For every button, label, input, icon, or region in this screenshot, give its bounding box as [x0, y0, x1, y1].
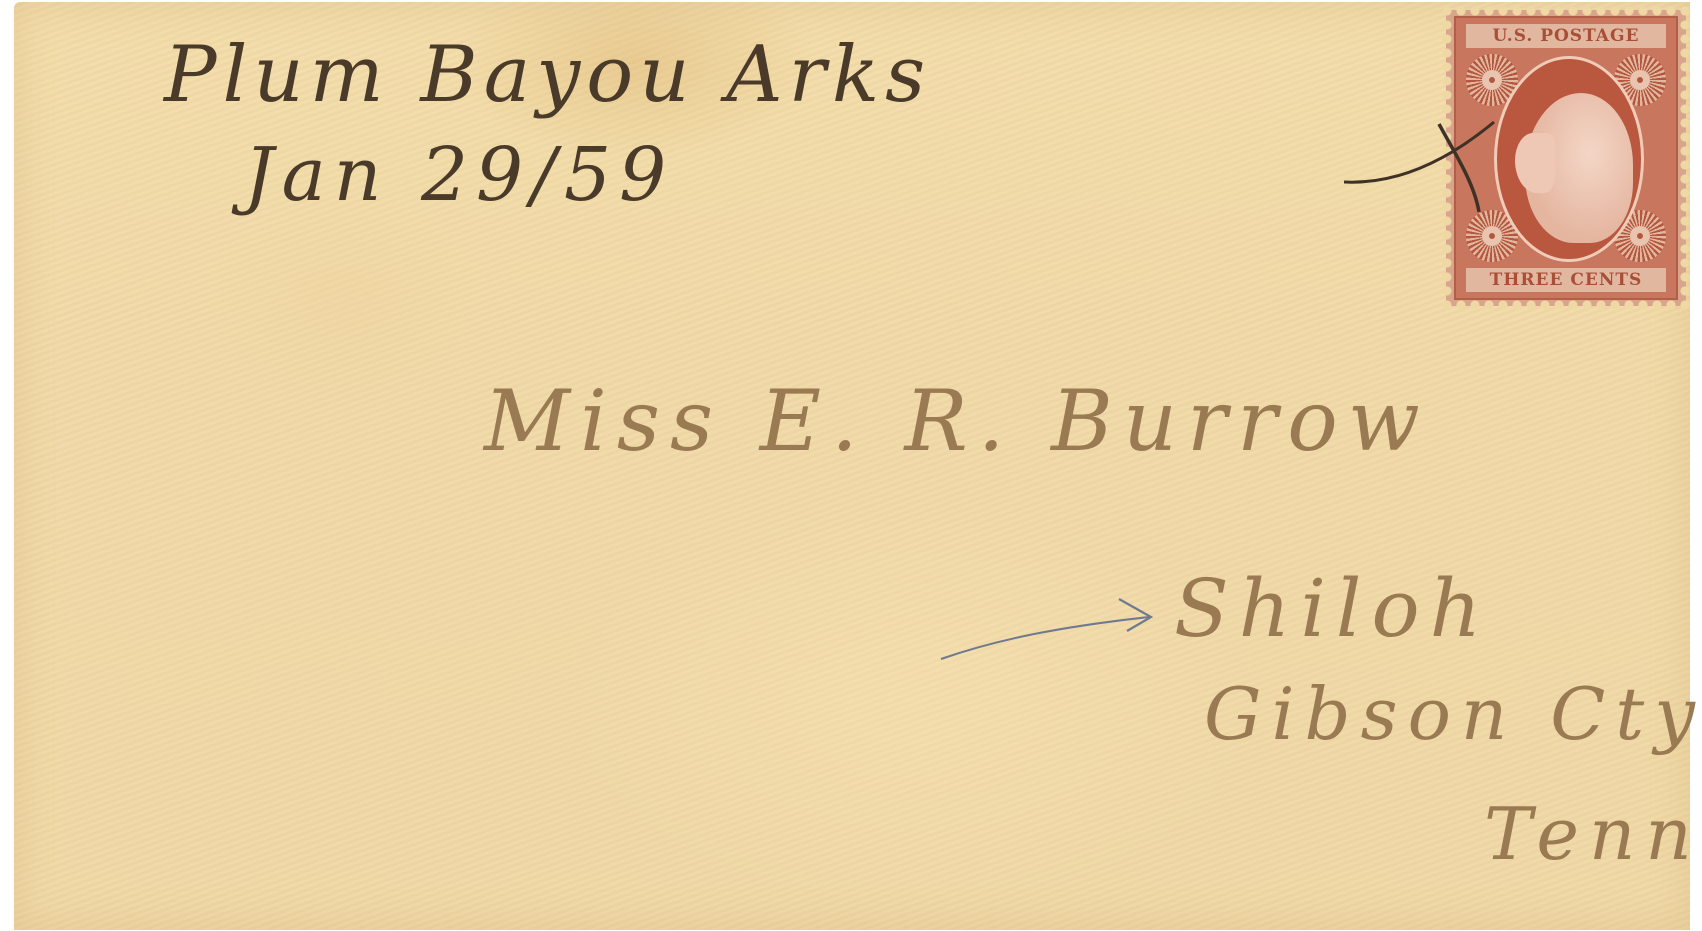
address-town: Shiloh	[1174, 562, 1491, 655]
portrait-face	[1515, 133, 1555, 193]
envelope: Plum Bayou Arks Jan 29/59 Miss E. R. Bur…	[14, 2, 1690, 930]
stamp-top-label: U.S. POSTAGE	[1466, 24, 1666, 48]
stamp-bottom-label: THREE CENTS	[1466, 268, 1666, 292]
address-state: Tenn	[1484, 792, 1702, 876]
postmark-origin: Plum Bayou Arks	[164, 30, 931, 120]
addressee-name: Miss E. R. Burrow	[484, 372, 1430, 470]
address-county: Gibson Cty	[1204, 672, 1702, 756]
pencil-arrow-icon	[939, 587, 1189, 667]
washington-portrait	[1494, 56, 1644, 262]
postmark-date: Jan 29/59	[244, 132, 674, 218]
pen-cancel-x-icon	[1344, 112, 1504, 222]
